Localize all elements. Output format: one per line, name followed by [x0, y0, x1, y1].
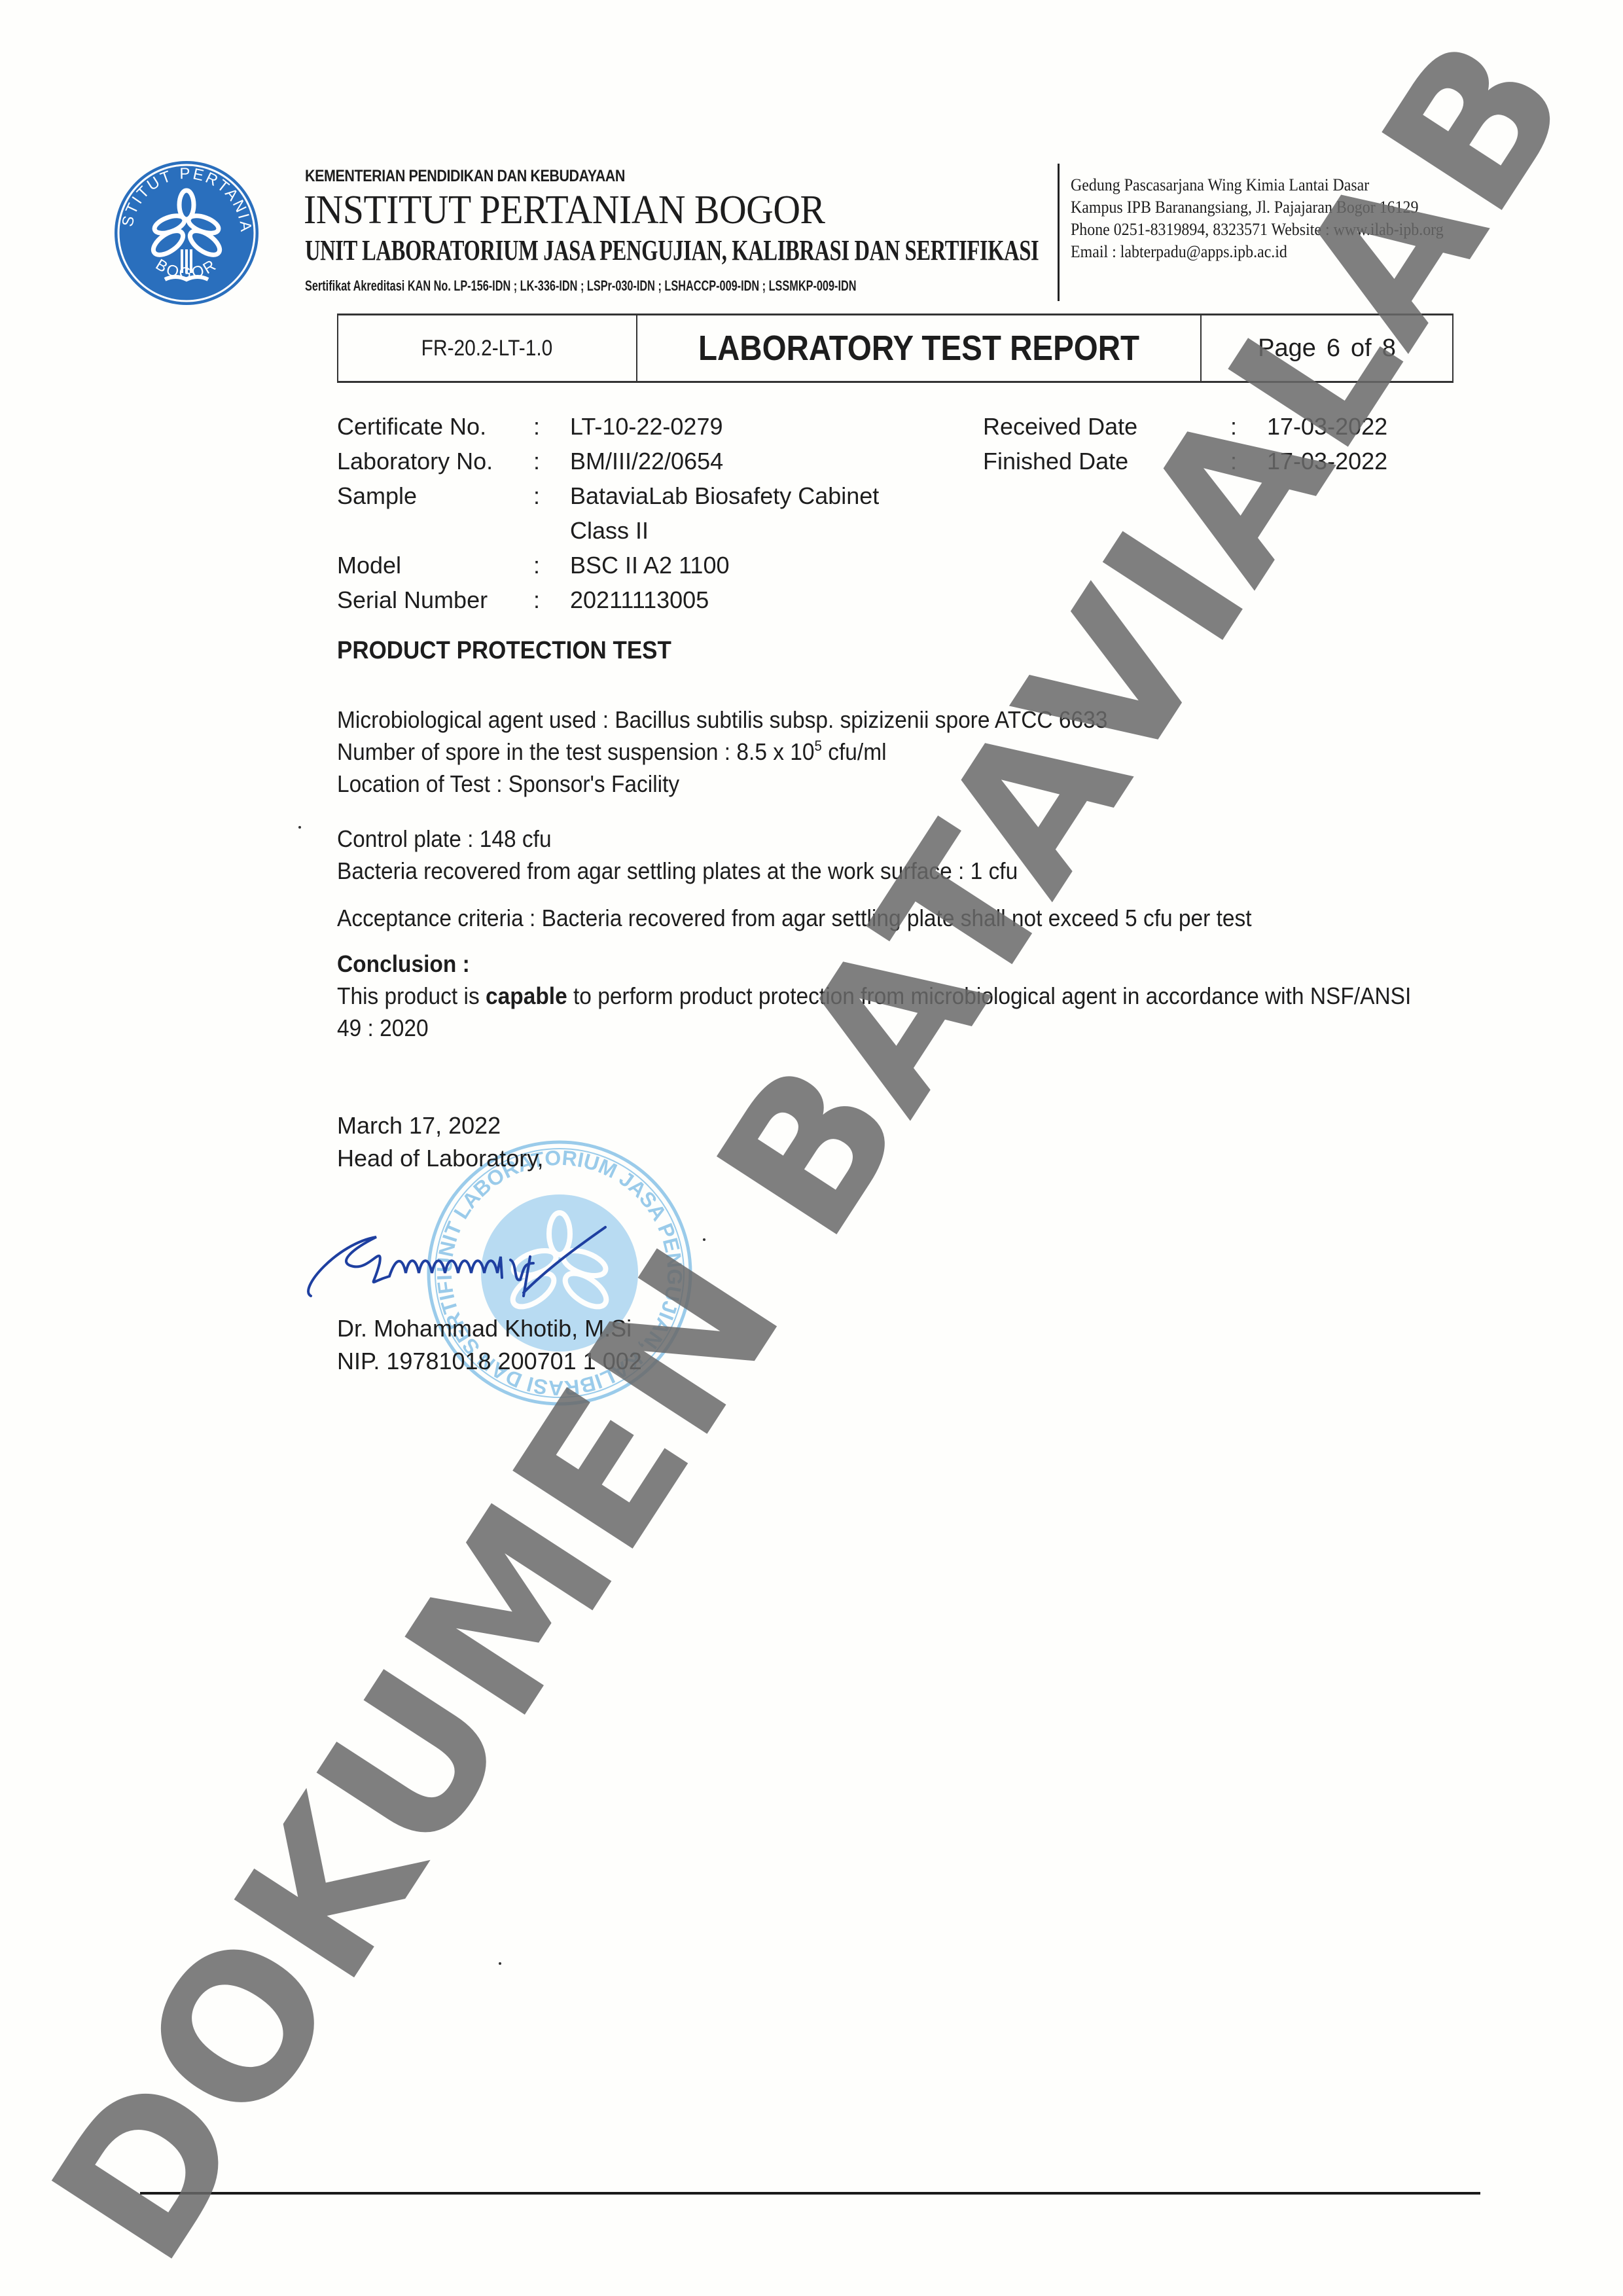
info-separator: : — [533, 583, 570, 617]
sample-name: BataviaLab Biosafety Cabinet Class II — [570, 478, 910, 548]
info-row-sample: Sample : BataviaLab Biosafety Cabinet Cl… — [337, 478, 910, 548]
info-row-laboratory: Laboratory No. : BM/III/22/0654 — [337, 444, 910, 478]
title-cell: LABORATORY TEST REPORT — [637, 315, 1202, 381]
spore-count-unit: cfu/ml — [822, 738, 887, 765]
info-label: Sample — [337, 478, 533, 548]
spore-count-exponent: 5 — [815, 738, 822, 754]
conclusion-text-start: This product is — [337, 982, 486, 1009]
info-row-serial: Serial Number : 20211113005 — [337, 583, 910, 617]
info-label: Model — [337, 548, 533, 583]
institute-name: INSTITUT PERTANIAN BOGOR — [304, 190, 825, 230]
info-separator: : — [533, 444, 570, 478]
footer-divider — [140, 2192, 1480, 2195]
sample-info: Certificate No. : LT-10-22-0279 Laborato… — [337, 409, 910, 617]
form-code: FR-20.2-LT-1.0 — [421, 336, 553, 361]
conclusion-verdict: capable — [486, 982, 567, 1009]
sample-name-line2: Class II — [570, 513, 910, 548]
accreditation-line: Sertifikat Akreditasi KAN No. LP-156-IDN… — [305, 278, 856, 295]
info-label: Serial Number — [337, 583, 533, 617]
ipb-logo-icon: INSTITUT PERTANIAN BOGOR — [113, 159, 260, 307]
report-title: LABORATORY TEST REPORT — [698, 328, 1139, 368]
sample-name-line1: BataviaLab Biosafety Cabinet — [570, 478, 910, 513]
info-separator: : — [533, 548, 570, 583]
form-code-cell: FR-20.2-LT-1.0 — [338, 315, 637, 381]
acceptance-criteria: Acceptance criteria : Bacteria recovered… — [337, 902, 1252, 934]
section-title: PRODUCT PROTECTION TEST — [337, 637, 671, 665]
certificate-number: LT-10-22-0279 — [570, 409, 910, 444]
spore-count-prefix: Number of spore in the test suspension :… — [337, 738, 815, 765]
letterhead-divider — [1058, 164, 1060, 301]
info-row-model: Model : BSC II A2 1100 — [337, 548, 910, 583]
laboratory-number: BM/III/22/0654 — [570, 444, 910, 478]
scan-speck — [298, 826, 301, 829]
info-label: Certificate No. — [337, 409, 533, 444]
serial-number: 20211113005 — [570, 583, 910, 617]
info-label: Laboratory No. — [337, 444, 533, 478]
unit-name: UNIT LABORATORIUM JASA PENGUJIAN, KALIBR… — [305, 236, 1039, 265]
info-row-certificate: Certificate No. : LT-10-22-0279 — [337, 409, 910, 444]
report-date: March 17, 2022 — [337, 1109, 642, 1142]
info-separator: : — [533, 409, 570, 444]
scan-speck — [499, 1962, 501, 1965]
info-separator: : — [533, 478, 570, 548]
ministry-name: KEMENTERIAN PENDIDIKAN DAN KEBUDAYAAN — [305, 167, 625, 186]
signatory-role: Head of Laboratory, — [337, 1142, 642, 1175]
model-value: BSC II A2 1100 — [570, 548, 910, 583]
